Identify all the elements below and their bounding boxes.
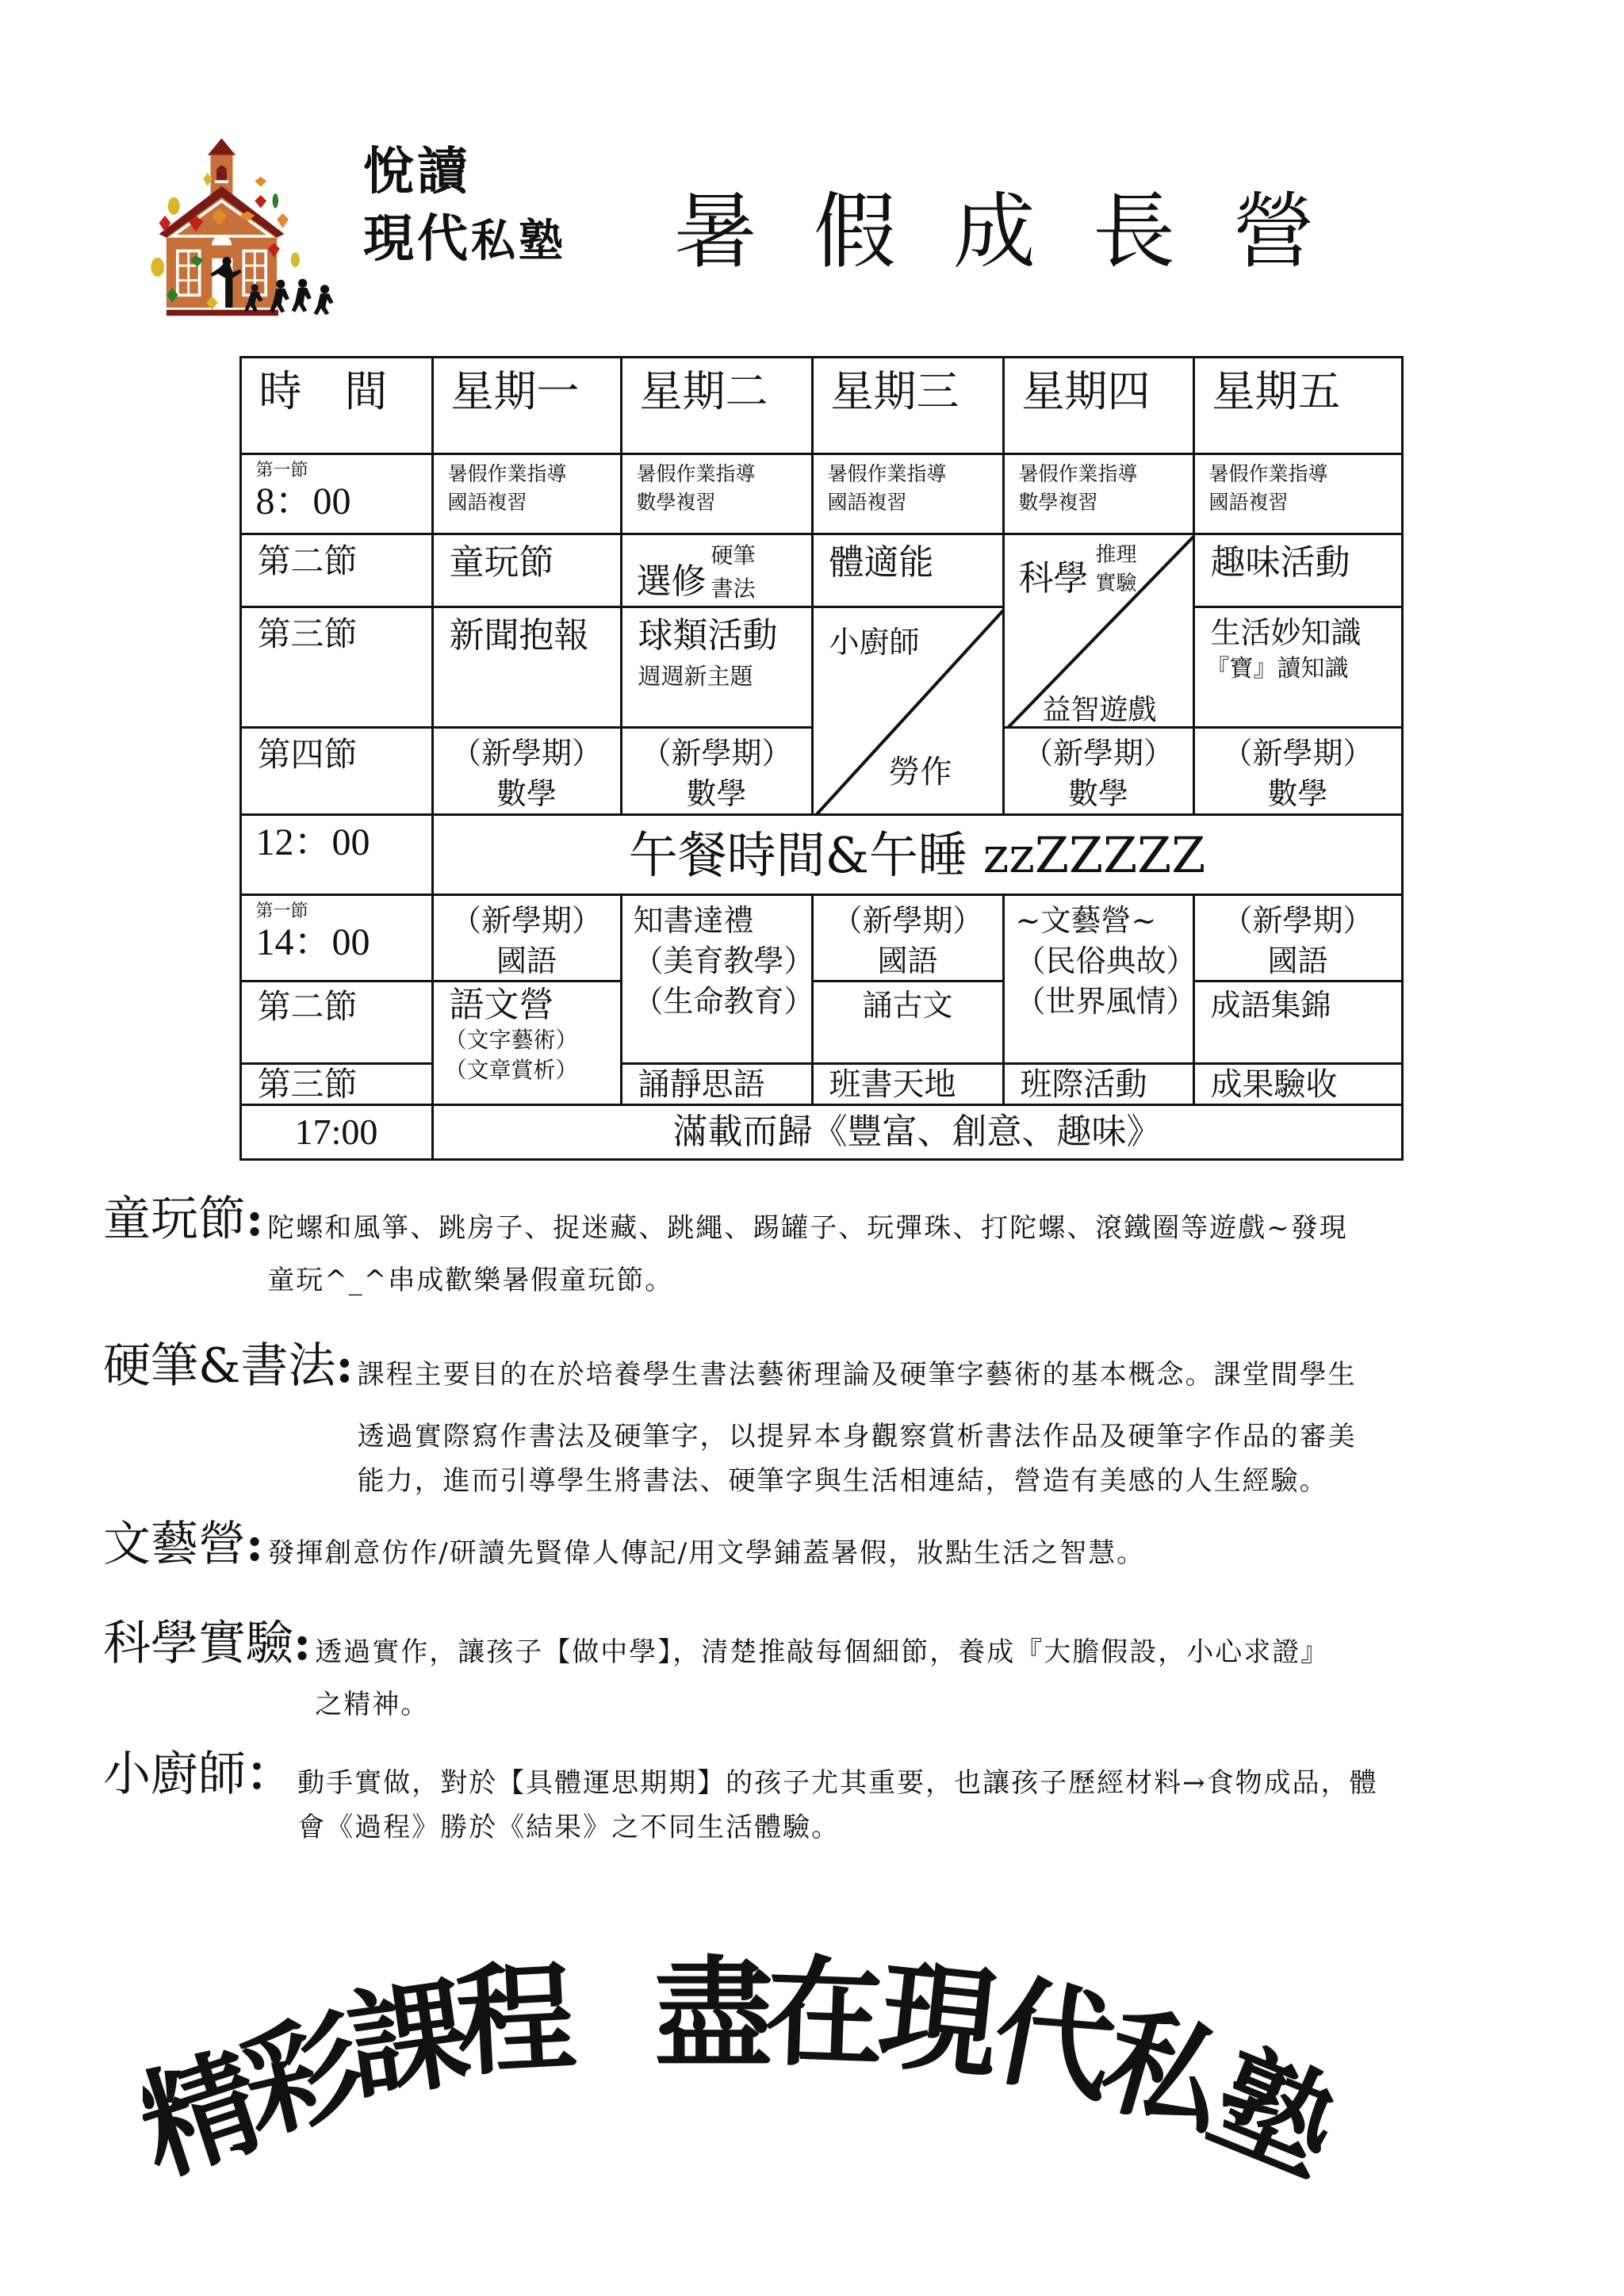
row-label-pm-period3: 第三節 <box>239 1062 434 1106</box>
slogan-arched-text: 精 彩 課 程 盡 在 現 代 私 塾 <box>143 1919 1475 2204</box>
cell-mon-pm-p1: （新學期） 國語 <box>431 894 622 982</box>
cell-line: 數學 <box>434 774 620 814</box>
description-body: 課程主要目的在於培養學生書法藝術理論及硬筆字藝術的基本概念。課堂間學生 透過實際… <box>358 1340 1507 1503</box>
cell-line: （新學期） <box>814 901 1002 941</box>
cell-tue-pm-p3: 誦靜思語 <box>620 1062 814 1106</box>
life-knowledge-label: 生活妙知識 <box>1195 608 1401 653</box>
cell-tue-am-p1: 暑假作業指導 數學複習 <box>620 453 814 535</box>
brand-modern: 現代 <box>363 209 471 269</box>
cell-tue-pm-p1-p2: 知書達禮 （美育教學） （生命教育） <box>620 894 814 1065</box>
row-label-end-time: 17:00 <box>239 1104 434 1161</box>
cell-line: 數學 <box>1195 774 1401 814</box>
cell-thu-pm-p1-p2: ~文藝營~ （民俗典故） （世界風情） <box>1002 894 1195 1065</box>
description-science-experiment: 科學實驗: 透過實作，讓孩子【做中學】，清楚推敲每個細節，養成『大膽假設，小心求… <box>103 1617 1520 1727</box>
row-label-am-period3: 第三節 <box>239 606 434 729</box>
time-label: 8：00 <box>242 483 431 521</box>
cell-fri-pm-p1: （新學期） 國語 <box>1193 894 1404 982</box>
period-label: 第一節 <box>242 896 431 924</box>
cell-fri-am-p3: 生活妙知識 『寶』讀知識 <box>1193 606 1404 729</box>
cell-mon-am-p3: 新聞抱報 <box>431 606 622 729</box>
cell-fri-am-p4: （新學期） 數學 <box>1193 726 1404 816</box>
writing-art-label: （文字藝術） <box>434 1025 620 1055</box>
description-body: 動手實做，對於【具體運思期期】的孩子尤其重要，也讓孩子歷經材料→食物成品，體 會… <box>297 1748 1550 1850</box>
cell-line: （美育教學） <box>634 941 811 982</box>
description-body: 陀螺和風箏、跳房子、捉迷藏、跳繩、踢罐子、玩彈珠、打陀螺、滾鐵圈等遊戲~發現 童… <box>267 1193 1504 1303</box>
description-calligraphy: 硬筆&書法: 課程主要目的在於培養學生書法藝術理論及硬筆字藝術的基本概念。課堂間… <box>103 1340 1507 1503</box>
cell-wed-pm-p3: 班書天地 <box>811 1062 1005 1106</box>
column-header-time: 時 間 <box>239 356 434 455</box>
cell-wed-am-p1: 暑假作業指導 國語複習 <box>811 453 1005 535</box>
cell-line: （新學期） <box>434 901 620 941</box>
cell-tue-am-p3: 球類活動 週週新主題 <box>620 606 814 729</box>
desc-line: 發揮創意仿作/研讀先賢偉人傳記/用文學鋪蓋暑假，妝點生活之智慧。 <box>267 1531 1504 1575</box>
description-term: 童玩節: <box>103 1193 263 1246</box>
cell-line: 暑假作業指導 <box>1019 460 1193 488</box>
desc-line: 透過實際寫作書法及硬筆字，以提昇本身觀察賞析書法作品及硬筆字作品的審美 <box>358 1397 1507 1459</box>
row-label-lunch-time: 12：00 <box>239 813 434 896</box>
cell-line: ~文藝營~ <box>1016 901 1193 941</box>
cell-line: 國語複習 <box>448 488 620 517</box>
cell-line: 暑假作業指導 <box>448 460 620 488</box>
column-header-tue: 星期二 <box>620 356 814 455</box>
puzzle-games-label: 益智遊戲 <box>1043 687 1157 728</box>
cell-line: 國語複習 <box>1209 488 1401 517</box>
brand-name-line2: 現代私塾 <box>363 214 566 265</box>
little-chef-label: 小廚師 <box>829 618 920 661</box>
desc-line: 陀螺和風箏、跳房子、捉迷藏、跳繩、踢罐子、玩彈珠、打陀螺、滾鐵圈等遊戲~發現 <box>267 1206 1504 1250</box>
desc-line: 之精神。 <box>315 1674 1520 1727</box>
slogan-char: 程 <box>453 1949 579 2093</box>
cell-line: （新學期） <box>434 733 620 774</box>
brand-name-line1: 悅讀 <box>363 147 471 197</box>
schedule-table: 時 間 星期一 星期二 星期三 星期四 星期五 第一節 8：00 暑假作業指導 … <box>240 357 1402 1159</box>
science-sub-experiment: 實驗 <box>1096 567 1137 596</box>
description-term: 文藝營: <box>103 1518 263 1571</box>
weekly-theme-label: 週週新主題 <box>622 656 811 692</box>
cell-thu-am-p2-p3: 科學 推理 實驗 益智遊戲 <box>1002 533 1195 729</box>
cell-wed-am-p3-p4: 小廚師 勞作 <box>811 606 1005 816</box>
cell-line: 暑假作業指導 <box>637 460 811 488</box>
cell-line: （新學期） <box>1195 901 1401 941</box>
desc-line: 透過實作，讓孩子【做中學】，清楚推敲每個細節，養成『大膽假設，小心求證』 <box>315 1630 1520 1674</box>
description-body: 透過實作，讓孩子【做中學】，清楚推敲每個細節，養成『大膽假設，小心求證』 之精神… <box>315 1617 1520 1727</box>
slogan-char: 現 <box>872 1946 1005 2096</box>
cell-line: 數學 <box>1005 774 1193 814</box>
cell-wed-am-p2: 體適能 <box>811 533 1005 608</box>
cell-thu-am-p1: 暑假作業指導 數學複習 <box>1002 453 1195 535</box>
lunch-nap-banner: 午餐時間&午睡 zzZZZZZ <box>431 813 1404 896</box>
cell-mon-am-p4: （新學期） 數學 <box>431 726 622 816</box>
description-term: 科學實驗: <box>103 1617 311 1670</box>
cell-line: 國語 <box>814 941 1002 982</box>
cell-line: 國語複習 <box>828 488 1002 517</box>
cell-thu-am-p4: （新學期） 數學 <box>1002 726 1195 816</box>
ball-sports-label: 球類活動 <box>622 608 811 656</box>
cell-line: 國語 <box>1195 941 1401 982</box>
cell-line: 暑假作業指導 <box>1209 460 1401 488</box>
column-header-fri: 星期五 <box>1193 356 1404 455</box>
elective-option-calligraphy: 書法 <box>711 572 756 603</box>
column-header-wed: 星期三 <box>811 356 1005 455</box>
column-header-mon: 星期一 <box>431 356 622 455</box>
row-label-pm-period1: 第一節 14：00 <box>239 894 434 982</box>
cell-line: 暑假作業指導 <box>828 460 1002 488</box>
elective-label: 選修 <box>637 553 707 603</box>
cell-line: 數學複習 <box>637 488 811 517</box>
end-of-day-banner: 滿載而歸《豐富、創意、趣味》 <box>431 1104 1404 1161</box>
desc-line: 會《過程》勝於《結果》之不同生活體驗。 <box>297 1805 1550 1850</box>
description-term: 小廚師： <box>103 1748 293 1800</box>
row-label-am-period2: 第二節 <box>239 533 434 608</box>
description-body: 發揮創意仿作/研讀先賢偉人傳記/用文學鋪蓋暑假，妝點生活之智慧。 <box>267 1518 1504 1575</box>
cell-line: 國語 <box>434 941 620 982</box>
column-header-thu: 星期四 <box>1002 356 1195 455</box>
brand-private-school: 私塾 <box>471 215 566 267</box>
cell-wed-pm-p2: 誦古文 <box>811 980 1005 1065</box>
row-label-pm-period2: 第二節 <box>239 980 434 1065</box>
description-term: 硬筆&書法: <box>103 1340 354 1392</box>
desc-line: 動手實做，對於【具體運思期期】的孩子尤其重要，也讓孩子歷經材料→食物成品，體 <box>297 1761 1550 1805</box>
description-folk-games: 童玩節: 陀螺和風箏、跳房子、捉迷藏、跳繩、踢罐子、玩彈珠、打陀螺、滾鐵圈等遊戲… <box>103 1193 1504 1303</box>
description-little-chef: 小廚師： 動手實做，對於【具體運思期期】的孩子尤其重要，也讓孩子歷經材料→食物成… <box>103 1748 1550 1850</box>
cell-mon-am-p1: 暑假作業指導 國語複習 <box>431 453 622 535</box>
cell-line: 數學 <box>622 774 811 814</box>
cell-line: （新學期） <box>1195 733 1401 774</box>
cell-line: （新學期） <box>1005 733 1193 774</box>
slogan-char: 盡 <box>654 1946 773 2084</box>
cell-line: 知書達禮 <box>634 901 811 941</box>
cell-line: （新學期） <box>622 733 811 774</box>
desc-line: 童玩^_^串成歡樂暑假童玩節。 <box>267 1250 1504 1303</box>
cell-line: （世界風情） <box>1016 982 1193 1022</box>
treasure-reading-label: 『寶』讀知識 <box>1195 653 1401 684</box>
science-sub-reasoning: 推理 <box>1096 538 1137 568</box>
cell-line: （生命教育） <box>634 982 811 1022</box>
cell-tue-am-p4: （新學期） 數學 <box>620 726 814 816</box>
row-label-am-period1: 第一節 8：00 <box>239 453 434 535</box>
handicraft-label: 勞作 <box>889 747 952 792</box>
desc-line: 能力，進而引導學生將書法、硬筆字與生活相連結，營造有美感的人生經驗。 <box>358 1459 1507 1503</box>
row-label-am-period4: 第四節 <box>239 726 434 816</box>
cell-line: （民俗典故） <box>1016 941 1193 982</box>
cell-mon-pm-p2-p3: 語文營 （文字藝術） （文章賞析） <box>431 980 622 1106</box>
desc-line: 課程主要目的在於培養學生書法藝術理論及硬筆字藝術的基本概念。課堂間學生 <box>358 1353 1507 1397</box>
cell-fri-am-p2: 趣味活動 <box>1193 533 1404 608</box>
cell-fri-am-p1: 暑假作業指導 國語複習 <box>1193 453 1404 535</box>
description-literary-camp: 文藝營: 發揮創意仿作/研讀先賢偉人傳記/用文學鋪蓋暑假，妝點生活之智慧。 <box>103 1518 1504 1575</box>
cell-tue-am-p2: 選修 硬筆 書法 <box>620 533 814 608</box>
period-label: 第一節 <box>242 455 431 484</box>
cell-thu-pm-p3: 班際活動 <box>1002 1062 1195 1106</box>
elective-option-hardpen: 硬筆 <box>711 538 756 570</box>
cell-fri-pm-p2: 成語集錦 <box>1193 980 1404 1065</box>
cell-line: 數學複習 <box>1019 488 1193 517</box>
language-camp-label: 語文營 <box>434 982 620 1026</box>
cell-mon-am-p2: 童玩節 <box>431 533 622 608</box>
schoolhouse-logo-icon <box>144 133 350 327</box>
science-label: 科學 <box>1019 549 1089 600</box>
slogan-char: 在 <box>763 1943 887 2085</box>
cell-fri-pm-p3: 成果驗收 <box>1193 1062 1404 1106</box>
article-appreciation-label: （文章賞析） <box>434 1055 620 1085</box>
time-label: 14：00 <box>242 924 431 962</box>
cell-wed-pm-p1: （新學期） 國語 <box>811 894 1005 982</box>
page-title: 暑假成長營 <box>674 190 1372 273</box>
